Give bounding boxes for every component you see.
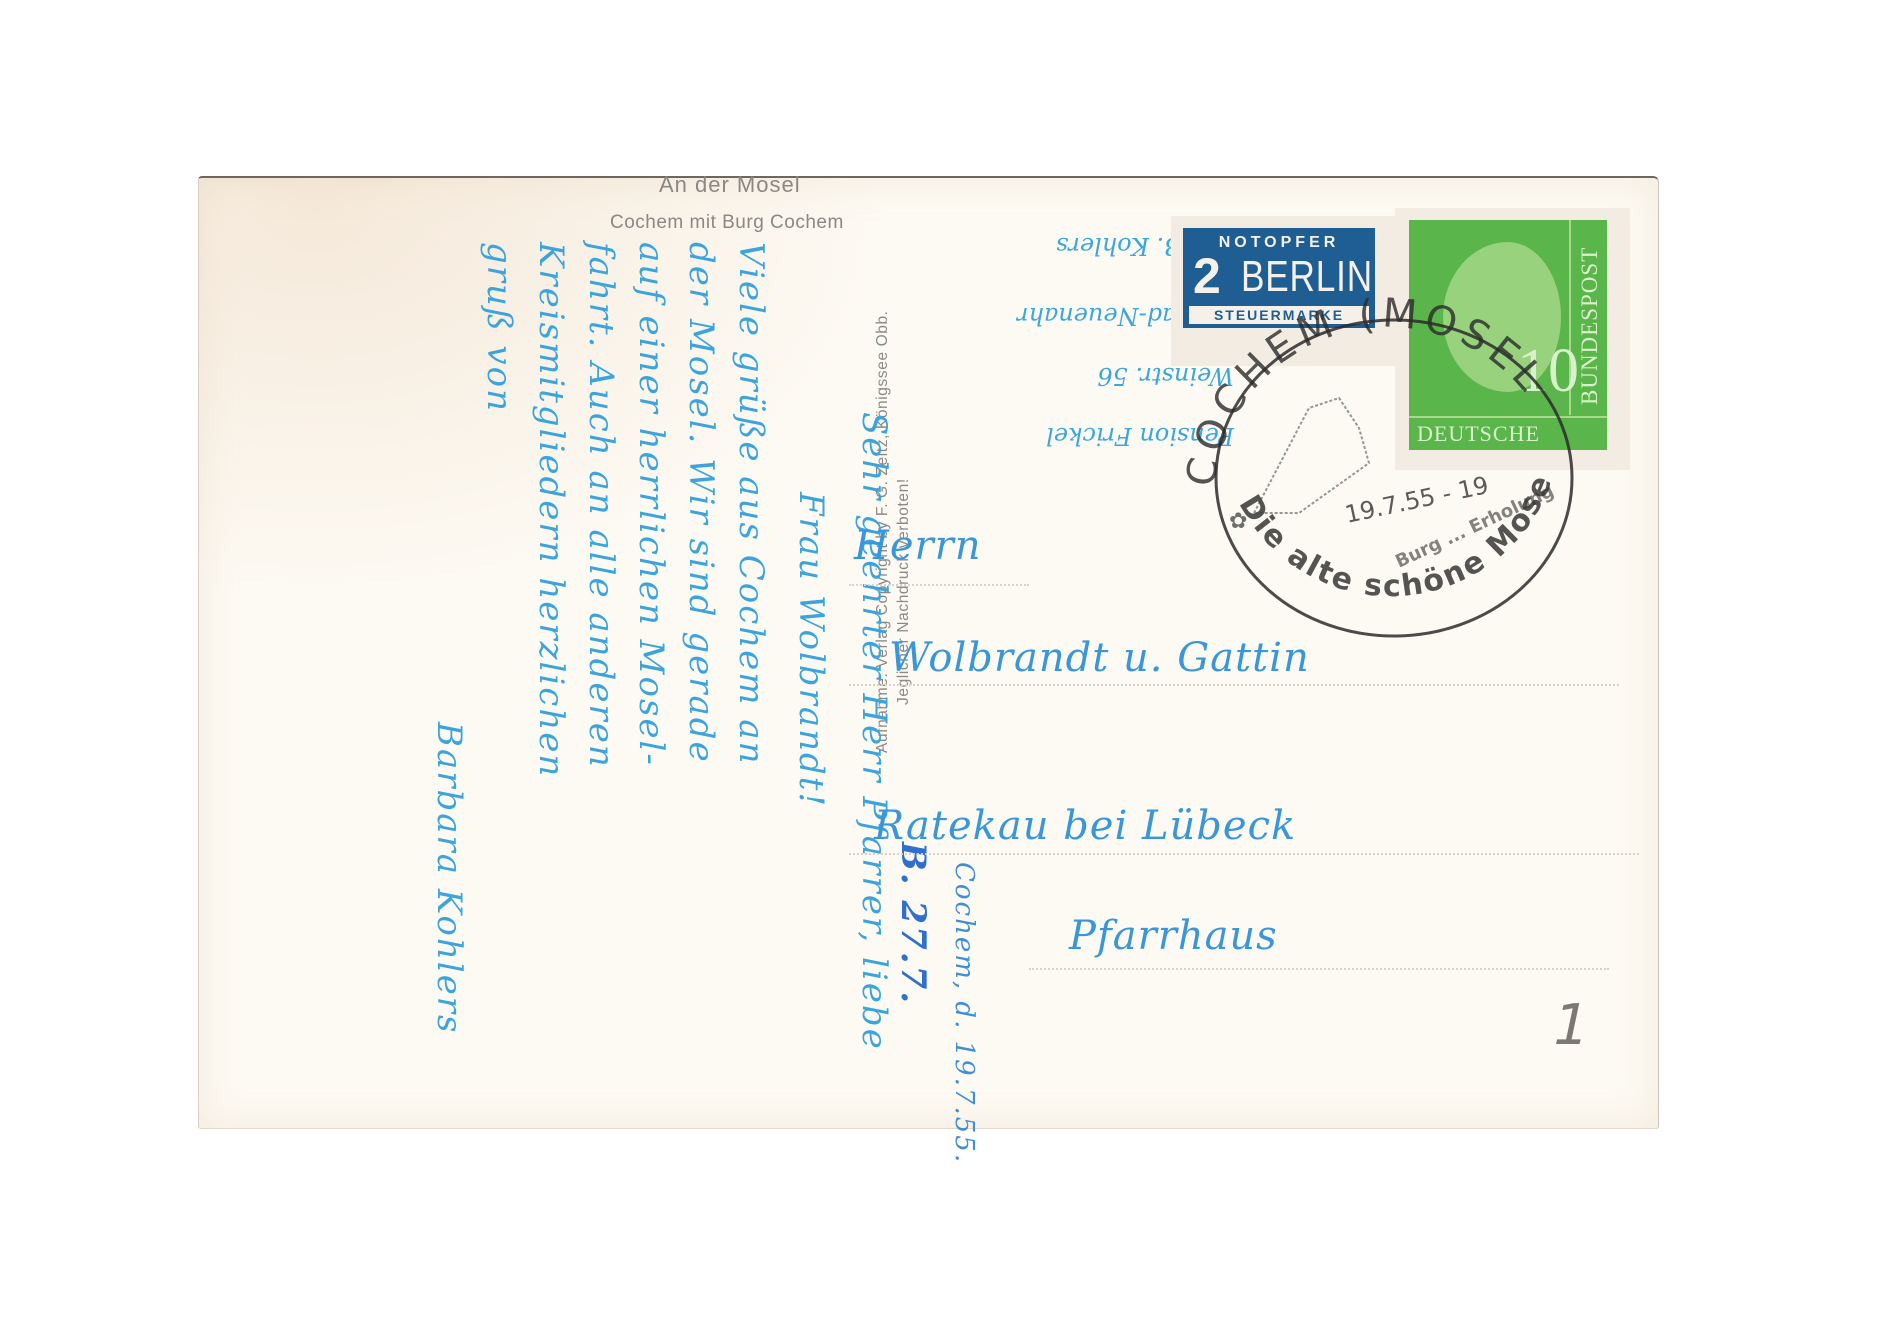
- recipient-line: Pfarrhaus: [1069, 913, 1278, 959]
- address-divider: [849, 584, 1029, 586]
- recipient-line: Ratekau bei Lübeck: [874, 803, 1296, 849]
- message-line: auf einer herrlichen Mosel-: [631, 242, 671, 767]
- postmark-top-text: COCHEM (MOSEL): [1159, 248, 1556, 490]
- handwritten-message: Sehr geehrter Herr Pfarrer, liebe Frau W…: [399, 242, 899, 1122]
- address-divider: [849, 684, 1619, 686]
- recipient-line: Wolbrandt u. Gattin: [889, 635, 1310, 681]
- address-divider: [849, 853, 1639, 855]
- caption-subtitle: Cochem mit Burg Cochem: [610, 212, 844, 234]
- castle-icon: [1254, 398, 1369, 513]
- message-line: Viele grüße aus Cochem an: [731, 242, 771, 766]
- message-line: Kreismitgliedern herzlichen: [531, 242, 571, 778]
- signature: Barbara Kohlers: [429, 722, 469, 1034]
- address-divider: [1029, 968, 1609, 970]
- postcard-back: An der Mosel Cochem mit Burg Cochem Aufn…: [198, 176, 1659, 1129]
- message-line: Frau Wolbrandt!: [791, 492, 831, 808]
- postmark: COCHEM (MOSEL) Die alte schöne Mosel 19.…: [1159, 248, 1589, 648]
- svg-text:COCHEM (MOSEL): COCHEM (MOSEL): [1159, 248, 1556, 490]
- initial-note: B. 27.7.: [893, 842, 933, 1005]
- message-line: gruß von: [479, 242, 519, 413]
- recipient-line: Herrn: [854, 523, 982, 569]
- message-line: der Mosel. Wir sind gerade: [681, 242, 721, 764]
- flower-icon: ✿: [1229, 508, 1247, 533]
- message-line: fahrt. Auch an alle anderen: [581, 242, 621, 769]
- message-date: Cochem, d. 19.7.55.: [949, 862, 979, 1164]
- caption-title: An der Mosel: [659, 172, 801, 198]
- pencil-mark: 1: [1546, 993, 1595, 1058]
- message-line: Sehr geehrter Herr Pfarrer, liebe: [854, 412, 894, 1051]
